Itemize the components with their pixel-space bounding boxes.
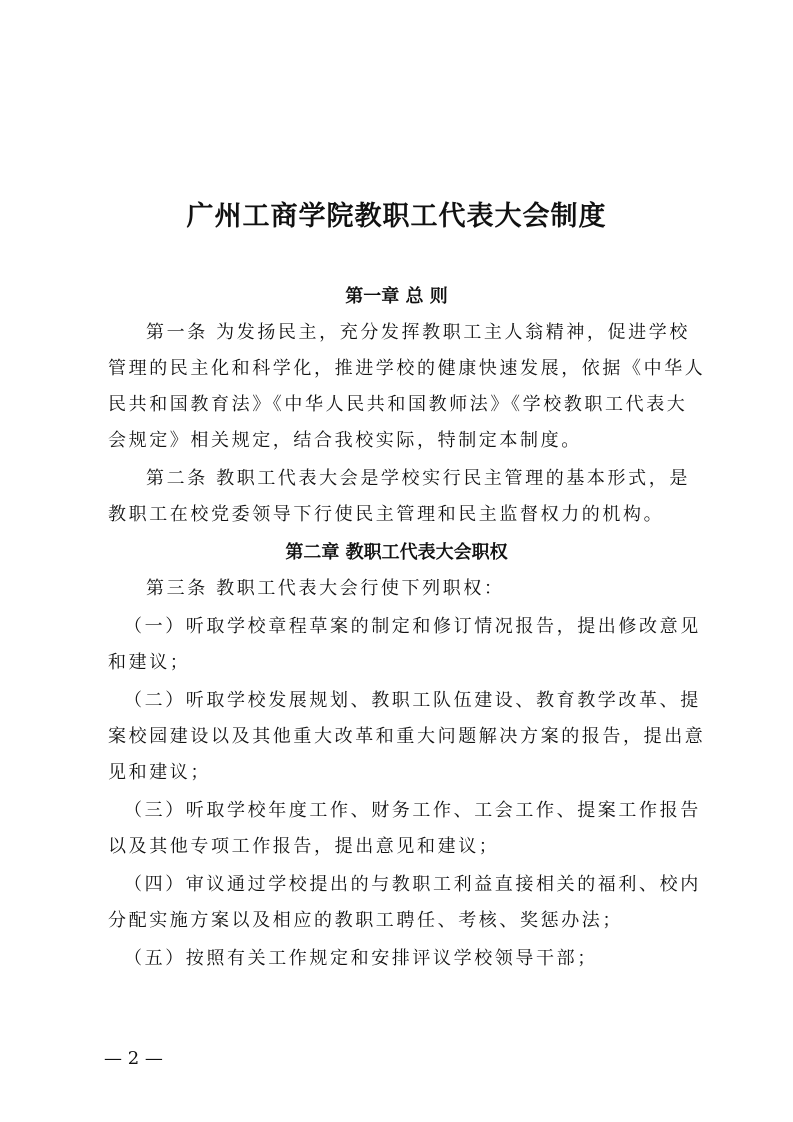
chapter-heading-1: 第一章 总 则 <box>0 282 793 308</box>
list-item-line: （四）审议通过学校提出的与教职工利益直接相关的福利、校内 <box>124 870 690 896</box>
chapter-heading-2: 第二章 教职工代表大会职权 <box>0 538 793 564</box>
paragraph-line: 第三条 教职工代表大会行使下列职权： <box>146 574 690 600</box>
list-item-line: （一）听取学校章程草案的制定和修订情况报告，提出修改意见 <box>124 612 690 638</box>
paragraph-line: 管理的民主化和科学化，推进学校的健康快速发展，依据《中华人 <box>108 354 690 380</box>
paragraph-line: 民共和国教育法》《中华人民共和国教师法》《学校教职工代表大 <box>108 390 690 416</box>
paragraph-line: 第二条 教职工代表大会是学校实行民主管理的基本形式，是 <box>146 464 690 490</box>
list-item-line: 见和建议； <box>108 758 690 784</box>
page-number: — 2 — <box>104 1048 163 1069</box>
paragraph-line: 会规定》相关规定，结合我校实际，特制定本制度。 <box>108 426 690 452</box>
document-title: 广州工商学院教职工代表大会制度 <box>0 194 793 233</box>
list-item-line: （二）听取学校发展规划、教职工队伍建设、教育教学改革、提 <box>124 686 690 712</box>
list-item-line: （五）按照有关工作规定和安排评议学校领导干部； <box>124 944 690 970</box>
list-item-line: 和建议； <box>108 648 690 674</box>
paragraph-line: 第一条 为发扬民主，充分发挥教职工主人翁精神，促进学校 <box>146 318 690 344</box>
list-item-line: 以及其他专项工作报告，提出意见和建议； <box>108 832 690 858</box>
list-item-line: 案校园建设以及其他重大改革和重大问题解决方案的报告，提出意 <box>108 722 690 748</box>
list-item-line: 分配实施方案以及相应的教职工聘任、考核、奖惩办法； <box>108 906 690 932</box>
paragraph-line: 教职工在校党委领导下行使民主管理和民主监督权力的机构。 <box>108 500 690 526</box>
list-item-line: （三）听取学校年度工作、财务工作、工会工作、提案工作报告 <box>124 796 690 822</box>
